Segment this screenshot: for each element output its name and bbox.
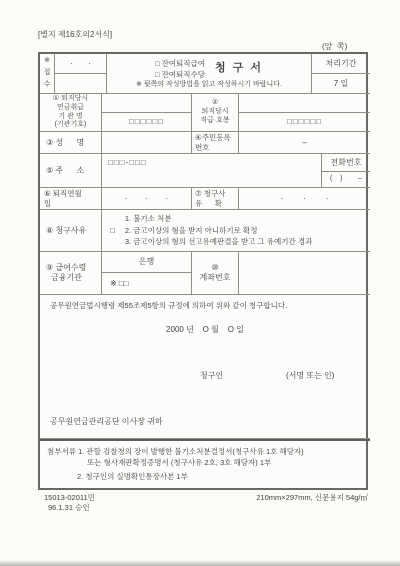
postal-code-boxes: □□□-□□□ [108,158,147,168]
bank-code-boxes: ※ □□ [110,279,129,289]
bank-code-cell[interactable]: ※ □□ [102,273,192,295]
scan-edge-artifact [0,560,400,566]
confirm-date-label-l1: ⑦ 청구사 [195,189,226,198]
title-cell: □ 잔여퇴직급여 □ 잔여퇴직수당 청 구 서 ※ 뒷쪽의 작성방법을 읽고 작… [107,54,312,94]
phone-label: 전화번호 [331,158,362,168]
page-side-label: (앞 쪽) [322,41,347,52]
agency-code-boxes-cell[interactable]: □□□□□□ [102,113,192,132]
address-input-cell[interactable]: □□□-□□□ [102,154,322,188]
declaration-statement: 공무원연금법시행령 제55조제5항의 규정에 의하여 위와 같이 청구합니다. [50,301,287,310]
receipt-char-1: ※ [44,57,50,66]
paper-spec: 210mm×297mm, 신문용지 54g/㎡ [180,492,368,503]
rank-label-l1: ② [212,99,218,108]
resident-number-input-cell[interactable]: – [239,132,370,154]
resident-label-l1: ④주민등록 [195,133,231,142]
bank-word: 은행 [139,257,154,267]
option1-line: □ 잔여퇴직급여 [155,59,205,68]
field7-confirm-date-label: ⑦ 청구사 유 확 [192,188,239,210]
declaration-date-line: 2000 년 O 월 O 일 [40,325,370,335]
field8-reason-label: ⑧ 청구사유 [40,210,102,252]
rank-code-boxes-cell[interactable]: □□□□□□ [239,113,370,132]
account-label-l1: ⑩ [211,263,218,273]
reason-label: ⑧ 청구사유 [46,226,86,236]
processing-period-value-cell: 7 일 [312,74,370,94]
field6-retire-date-label: ⑥ 퇴직연월 일 [40,188,102,210]
receipt-date-dots: · · [70,59,91,69]
receipt-number-cell[interactable] [55,74,107,94]
name-label: ③ 성 명 [46,138,84,148]
reason-checkbox[interactable]: □ [110,226,115,236]
agency-label-l3: 기 관 명 [58,113,82,122]
confirm-date-dots: · · · [281,194,329,204]
reason-option-3: 3. 금고이상의 형의 선고유예판결을 받고 그 유예기간 경과 [125,237,312,246]
processing-period-label-cell: 처리기간 [312,54,370,74]
rank-label-l3: 직급·호봉 [200,117,229,126]
attachment-line-2: 또는 형사재판확정증명서 (청구사유 2호, 3호 해당자) 1부 [87,458,364,467]
name-input-cell[interactable] [102,132,192,154]
reason-value-cell: □ 1. 불기소 처분 2. 금고이상의 형을 받지 아니하기로 확정 3. 금… [102,210,370,252]
bank-label-l2: 금융기관 [46,273,82,283]
confirm-date-input-cell[interactable]: · · · [239,188,370,210]
attachment-line-1: 첨부서류 1. 관할 검찰청의 장이 발행한 불기소처분결정서(청구사유 1호 … [47,447,364,456]
agency-name-input-cell[interactable] [102,94,192,113]
account-label-l2: 계좌번호 [200,273,231,283]
agency-label-l4: (기관기호) [55,121,87,130]
reason-option-1: 1. 불기소 처분 [125,214,312,223]
receipt-stamp-cell: ※ 접 수 [40,54,55,94]
account-number-input-cell[interactable] [239,252,370,295]
approval-date: 96.1.31 승인 [48,502,90,513]
rank-code-boxes: □□□□□□ [287,117,322,127]
remaining-benefit-checkbox[interactable]: □ [155,59,160,68]
field3-name-label: ③ 성 명 [40,132,102,154]
option2-line: □ 잔여퇴직수당 [155,70,205,79]
field10-account-label: ⑩ 계좌번호 [192,252,239,295]
resident-number-dash: – [302,138,306,148]
field1-agency-label: ① 퇴직당시 연금취급 기 관 명 (기관기호) [40,94,102,132]
agency-label-l1: ① 퇴직당시 [53,95,88,104]
remaining-allowance-checkbox[interactable]: □ [155,70,160,79]
processing-period-value: 7 일 [334,79,348,89]
agency-code-boxes: □□□□□□ [129,117,164,127]
reason-option-2: 2. 금고이상의 형을 받지 아니하기로 확정 [125,226,312,235]
instruction-note: ※ 뒷쪽의 작성방법을 읽고 작성하시기 바랍니다. [136,81,282,90]
retire-date-dots: · · · [125,194,169,204]
field5-address-label: ⑤ 주 소 [40,154,102,188]
option2-label: 잔여퇴직수당 [162,70,205,79]
receipt-char-2: 접 [44,69,51,78]
phone-label-cell: 전화번호 [322,154,370,172]
attachment-line-3: 2. 청구인의 실명확인통장사본 1부 [77,472,364,481]
field2-rank-label: ② 퇴직당시 직급·호봉 [192,94,239,132]
resident-label-l2: 번호 [195,143,210,152]
attachments-section: 첨부서류 1. 관할 검찰청의 장이 발행한 불기소처분결정서(청구사유 1호 … [40,439,370,492]
phone-value: ( ) – [330,175,362,184]
agency-label-l2: 연금취급 [57,104,84,113]
form-reference: [별지 제16호의2서식] [38,29,112,40]
claimant-label: 청구인 [200,371,223,381]
field4-resident-label: ④주민등록 번호 [192,132,239,154]
signature-label: (서명 또는 인) [286,371,334,381]
claim-form-table: ※ 접 수 · · □ 잔여퇴직급여 □ 잔여퇴직수당 청 구 서 ※ 뒷쪽의 … [38,52,368,490]
receipt-char-3: 수 [44,81,51,90]
retire-date-label-l2: 일 [44,199,51,208]
receipt-date-cell[interactable]: · · [55,54,107,74]
option1-label: 잔여퇴직급여 [162,59,205,68]
declaration-section: 공무원연금법시행령 제55조제5항의 규정에 의하여 위와 같이 청구합니다. … [40,295,370,439]
bank-name-input-cell[interactable]: 은행 [102,252,192,273]
recipient-line: 공무원연금관리공단 이사장 귀하 [50,417,163,427]
rank-label-l2: 퇴직당시 [201,108,228,117]
field9-bank-label: ⑨ 급여수령 금융기관 [40,252,102,295]
rank-input-cell[interactable] [239,94,370,113]
address-label: ⑤ 주 소 [46,166,84,176]
retire-date-label-l1: ⑥ 퇴직연월 [44,189,82,198]
processing-period-label: 처리기간 [326,59,357,69]
confirm-date-label-l2: 유 확 [195,199,222,208]
bank-label-l1: ⑨ 급여수령 [46,263,86,273]
phone-input-cell[interactable]: ( ) – [322,172,370,188]
retire-date-input-cell[interactable]: · · · [102,188,192,210]
form-title: 청 구 서 [215,62,263,76]
